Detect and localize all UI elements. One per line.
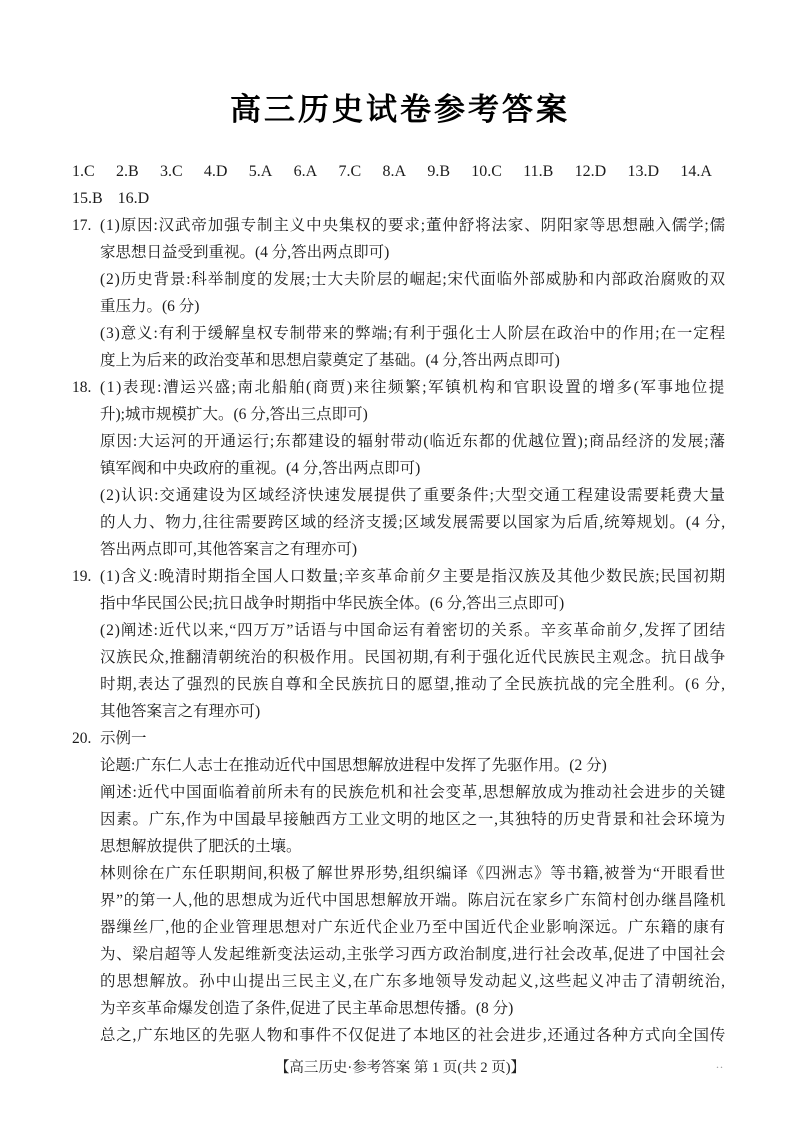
line-text-content: 镇军阀和中央政府的重视。(4 分,答出两点即可) <box>100 460 420 477</box>
question-number: 17. <box>72 212 91 239</box>
line-text-content: (1)表现:漕运兴盛;南北船舶(商贾)来往频繁;军镇机构和官职设置的增多(军事地… <box>100 379 726 396</box>
line-text: 阐述:近代中国面临着前所未有的民族危机和社会变革,思想解放成为推动社会进步的关键 <box>100 779 726 806</box>
line-text: (2)认识:交通建设为区域经济快速发展提供了重要条件;大型交通工程建设需要耗费大… <box>100 482 726 509</box>
line-text: 度上为后来的政治变革和思想启蒙奠定了基础。(4 分,答出两点即可) <box>100 347 726 374</box>
answer-text-line: 的思想解放。孙中山提出三民主义,在广东多地领导发动起义,这些起义冲击了清朝统治, <box>100 968 726 995</box>
line-text-content: (1)含义:晚清时期指全国人口数量;辛亥革命前夕主要是指汉族及其他少数民族;民国… <box>100 568 726 585</box>
line-text: 论题:广东仁人志士在推动近代中国思想解放进程中发挥了先驱作用。(2 分) <box>100 752 726 779</box>
line-text: (2)阐述:近代以来,“四万万”话语与中国命运有着密切的关系。辛亥革命前夕,发挥… <box>100 617 726 644</box>
line-text-content: 示例一 <box>100 730 147 747</box>
answer-text-line: 为、梁启超等人发起维新变法运动,主张学习西方政治制度,进行社会改革,促进了中国社… <box>100 941 726 968</box>
answer-item: 10.C <box>471 158 502 185</box>
scan-artifact-mark: .. <box>716 1057 724 1072</box>
answer-text-line: (3)意义:有利于缓解皇权专制带来的弊端;有利于强化士人阶层在政治中的作用;在一… <box>100 320 726 347</box>
line-text-content: 重压力。(6 分) <box>100 298 199 315</box>
line-text-content: 为辛亥革命爆发创造了条件,促进了民主革命思想传播。(8 分) <box>100 1000 513 1017</box>
line-text-content: (2)认识:交通建设为区域经济快速发展提供了重要条件;大型交通工程建设需要耗费大… <box>100 487 726 504</box>
line-text-content: (3)意义:有利于缓解皇权专制带来的弊端;有利于强化士人阶层在政治中的作用;在一… <box>100 325 726 342</box>
answer-text-line: 其他答案言之有理亦可) <box>100 698 726 725</box>
answer-text-line: 的人力、物力,往往需要跨区域的经济支援;区域发展需要以国家为后盾,统筹规划。(4… <box>100 509 726 536</box>
answer-item: 14.A <box>680 158 712 185</box>
answer-row: 1.C2.B3.C4.D5.A6.A7.C8.A9.B10.C11.B12.D1… <box>72 158 712 185</box>
line-text-content: 林则徐在广东任职期间,积极了解世界形势,组织编译《四洲志》等书籍,被誉为“开眼看… <box>100 865 726 882</box>
answer-text-line: 界”的第一人,他的思想成为近代中国思想解放开端。陈启沅在家乡广东简村创办继昌隆机 <box>100 887 726 914</box>
objective-answers: 1.C2.B3.C4.D5.A6.A7.C8.A9.B10.C11.B12.D1… <box>0 158 800 212</box>
answer-text-line: 镇军阀和中央政府的重视。(4 分,答出两点即可) <box>100 455 726 482</box>
line-text-content: 其他答案言之有理亦可) <box>100 703 260 720</box>
line-text-content: 升);城市规模扩大。(6 分,答出三点即可) <box>100 406 368 423</box>
document-body: 1.C2.B3.C4.D5.A6.A7.C8.A9.B10.C11.B12.D1… <box>0 158 800 1049</box>
line-text: 示例一 <box>100 725 726 752</box>
answer-text-line: 度上为后来的政治变革和思想启蒙奠定了基础。(4 分,答出两点即可) <box>100 347 726 374</box>
answer-text-line: (2)历史背景:科举制度的发展;士大夫阶层的崛起;宋代面临外部威胁和内部政治腐败… <box>100 266 726 293</box>
line-text-content: 时期,表达了强烈的民族自尊和全民族抗日的愿望,推动了全民族抗战的完全胜利。(6 … <box>100 676 726 693</box>
answer-item: 13.D <box>627 158 659 185</box>
answer-text-line: 原因:大运河的开通运行;东都建设的辐射带动(临近东都的优越位置);商品经济的发展… <box>100 428 726 455</box>
line-text: 总之,广东地区的先驱人物和事件不仅促进了本地区的社会进步,还通过各种方式向全国传 <box>100 1022 726 1049</box>
line-text-content: 论题:广东仁人志士在推动近代中国思想解放进程中发挥了先驱作用。(2 分) <box>100 757 607 774</box>
answer-item: 5.A <box>249 158 273 185</box>
answer-text-line: 思想解放提供了肥沃的土壤。 <box>100 833 726 860</box>
answer-item: 16.D <box>118 185 150 212</box>
line-text: 答出两点即可,其他答案言之有理亦可) <box>100 536 726 563</box>
line-text: (1)表现:漕运兴盛;南北船舶(商贾)来往频繁;军镇机构和官职设置的增多(军事地… <box>100 374 726 401</box>
question-start-line: 20.示例一 <box>100 725 726 752</box>
line-text: 的思想解放。孙中山提出三民主义,在广东多地领导发动起义,这些起义冲击了清朝统治, <box>100 968 726 995</box>
answer-item: 7.C <box>338 158 361 185</box>
line-text: (3)意义:有利于缓解皇权专制带来的弊端;有利于强化士人阶层在政治中的作用;在一… <box>100 320 726 347</box>
answer-text-line: 答出两点即可,其他答案言之有理亦可) <box>100 536 726 563</box>
line-text: 汉族民众,推翻清朝统治的积极作用。民国初期,有利于强化近代民族民主观念。抗日战争 <box>100 644 726 671</box>
line-text-content: 汉族民众,推翻清朝统治的积极作用。民国初期,有利于强化近代民族民主观念。抗日战争 <box>100 649 726 666</box>
page-footer: 【高三历史·参考答案 第 1 页(共 2 页)】 <box>0 1056 800 1077</box>
answer-item: 15.B <box>72 185 103 212</box>
answer-text-line: 因素。广东,作为中国最早接触西方工业文明的地区之一,其独特的历史背景和社会环境为 <box>100 806 726 833</box>
line-text: (1)含义:晚清时期指全国人口数量;辛亥革命前夕主要是指汉族及其他少数民族;民国… <box>100 563 726 590</box>
line-text: 林则徐在广东任职期间,积极了解世界形势,组织编译《四洲志》等书籍,被誉为“开眼看… <box>100 860 726 887</box>
answer-item: 3.C <box>160 158 183 185</box>
line-text-content: (2)历史背景:科举制度的发展;士大夫阶层的崛起;宋代面临外部威胁和内部政治腐败… <box>100 271 726 288</box>
line-text: 为、梁启超等人发起维新变法运动,主张学习西方政治制度,进行社会改革,促进了中国社… <box>100 941 726 968</box>
answer-text-line: 阐述:近代中国面临着前所未有的民族危机和社会变革,思想解放成为推动社会进步的关键 <box>100 779 726 806</box>
line-text-content: 原因:大运河的开通运行;东都建设的辐射带动(临近东都的优越位置);商品经济的发展… <box>100 433 726 450</box>
question-start-line: 18.(1)表现:漕运兴盛;南北船舶(商贾)来往频繁;军镇机构和官职设置的增多(… <box>100 374 726 401</box>
line-text: (1)原因:汉武帝加强专制主义中央集权的要求;董仲舒将法家、阴阳家等思想融入儒学… <box>100 212 726 239</box>
line-text-content: 度上为后来的政治变革和思想启蒙奠定了基础。(4 分,答出两点即可) <box>100 352 560 369</box>
answer-item: 4.D <box>204 158 228 185</box>
line-text: 界”的第一人,他的思想成为近代中国思想解放开端。陈启沅在家乡广东简村创办继昌隆机 <box>100 887 726 914</box>
line-text: 镇军阀和中央政府的重视。(4 分,答出两点即可) <box>100 455 726 482</box>
line-text: 其他答案言之有理亦可) <box>100 698 726 725</box>
answer-text-line: 时期,表达了强烈的民族自尊和全民族抗日的愿望,推动了全民族抗战的完全胜利。(6 … <box>100 671 726 698</box>
answer-text-line: 论题:广东仁人志士在推动近代中国思想解放进程中发挥了先驱作用。(2 分) <box>100 752 726 779</box>
line-text-content: 器缫丝厂,他的企业管理思想对广东近代企业乃至中国近代企业影响深远。广东籍的康有 <box>100 919 726 936</box>
answer-item: 2.B <box>116 158 139 185</box>
line-text-content: 思想解放提供了肥沃的土壤。 <box>100 838 302 855</box>
answer-text-line: 家思想日益受到重视。(4 分,答出两点即可) <box>100 239 726 266</box>
line-text-content: 的思想解放。孙中山提出三民主义,在广东多地领导发动起义,这些起义冲击了清朝统治, <box>100 973 726 990</box>
question-number: 18. <box>72 374 91 401</box>
answer-text-line: (2)认识:交通建设为区域经济快速发展提供了重要条件;大型交通工程建设需要耗费大… <box>100 482 726 509</box>
answer-lines: 17.(1)原因:汉武帝加强专制主义中央集权的要求;董仲舒将法家、阴阳家等思想融… <box>0 212 800 1049</box>
line-text: 原因:大运河的开通运行;东都建设的辐射带动(临近东都的优越位置);商品经济的发展… <box>100 428 726 455</box>
answer-text-line: 总之,广东地区的先驱人物和事件不仅促进了本地区的社会进步,还通过各种方式向全国传 <box>100 1022 726 1049</box>
answer-sheet-page: 高三历史试卷参考答案 1.C2.B3.C4.D5.A6.A7.C8.A9.B10… <box>0 0 800 1124</box>
line-text-content: 界”的第一人,他的思想成为近代中国思想解放开端。陈启沅在家乡广东简村创办继昌隆机 <box>100 892 726 909</box>
line-text: 家思想日益受到重视。(4 分,答出两点即可) <box>100 239 726 266</box>
line-text-content: 总之,广东地区的先驱人物和事件不仅促进了本地区的社会进步,还通过各种方式向全国传 <box>100 1027 726 1044</box>
answer-item: 8.A <box>382 158 406 185</box>
question-number: 20. <box>72 725 91 752</box>
answer-item: 9.B <box>427 158 450 185</box>
line-text-content: (2)阐述:近代以来,“四万万”话语与中国命运有着密切的关系。辛亥革命前夕,发挥… <box>100 622 726 639</box>
line-text: 因素。广东,作为中国最早接触西方工业文明的地区之一,其独特的历史背景和社会环境为 <box>100 806 726 833</box>
question-number: 19. <box>72 563 91 590</box>
line-text: 指中华民国公民;抗日战争时期指中华民族全体。(6 分,答出三点即可) <box>100 590 726 617</box>
line-text-content: 为、梁启超等人发起维新变法运动,主张学习西方政治制度,进行社会改革,促进了中国社… <box>100 946 726 963</box>
line-text: (2)历史背景:科举制度的发展;士大夫阶层的崛起;宋代面临外部威胁和内部政治腐败… <box>100 266 726 293</box>
answer-item: 11.B <box>523 158 553 185</box>
answer-row: 15.B16.D <box>72 185 712 212</box>
answer-item: 12.D <box>575 158 607 185</box>
line-text: 思想解放提供了肥沃的土壤。 <box>100 833 726 860</box>
answer-text-line: 器缫丝厂,他的企业管理思想对广东近代企业乃至中国近代企业影响深远。广东籍的康有 <box>100 914 726 941</box>
line-text: 时期,表达了强烈的民族自尊和全民族抗日的愿望,推动了全民族抗战的完全胜利。(6 … <box>100 671 726 698</box>
line-text-content: 指中华民国公民;抗日战争时期指中华民族全体。(6 分,答出三点即可) <box>100 595 564 612</box>
question-start-line: 17.(1)原因:汉武帝加强专制主义中央集权的要求;董仲舒将法家、阴阳家等思想融… <box>100 212 726 239</box>
answer-text-line: 汉族民众,推翻清朝统治的积极作用。民国初期,有利于强化近代民族民主观念。抗日战争 <box>100 644 726 671</box>
line-text: 重压力。(6 分) <box>100 293 726 320</box>
answer-text-line: (2)阐述:近代以来,“四万万”话语与中国命运有着密切的关系。辛亥革命前夕,发挥… <box>100 617 726 644</box>
line-text-content: 家思想日益受到重视。(4 分,答出两点即可) <box>100 244 389 261</box>
line-text: 器缫丝厂,他的企业管理思想对广东近代企业乃至中国近代企业影响深远。广东籍的康有 <box>100 914 726 941</box>
answer-text-line: 林则徐在广东任职期间,积极了解世界形势,组织编译《四洲志》等书籍,被誉为“开眼看… <box>100 860 726 887</box>
answer-text-line: 升);城市规模扩大。(6 分,答出三点即可) <box>100 401 726 428</box>
line-text-content: 阐述:近代中国面临着前所未有的民族危机和社会变革,思想解放成为推动社会进步的关键 <box>100 784 726 801</box>
line-text-content: 答出两点即可,其他答案言之有理亦可) <box>100 541 357 558</box>
line-text: 为辛亥革命爆发创造了条件,促进了民主革命思想传播。(8 分) <box>100 995 726 1022</box>
line-text: 的人力、物力,往往需要跨区域的经济支援;区域发展需要以国家为后盾,统筹规划。(4… <box>100 509 726 536</box>
line-text-content: 因素。广东,作为中国最早接触西方工业文明的地区之一,其独特的历史背景和社会环境为 <box>100 811 726 828</box>
line-text-content: (1)原因:汉武帝加强专制主义中央集权的要求;董仲舒将法家、阴阳家等思想融入儒学… <box>100 217 726 234</box>
answer-text-line: 重压力。(6 分) <box>100 293 726 320</box>
answer-text-line: 为辛亥革命爆发创造了条件,促进了民主革命思想传播。(8 分) <box>100 995 726 1022</box>
answer-text-line: 指中华民国公民;抗日战争时期指中华民族全体。(6 分,答出三点即可) <box>100 590 726 617</box>
line-text: 升);城市规模扩大。(6 分,答出三点即可) <box>100 401 726 428</box>
question-start-line: 19.(1)含义:晚清时期指全国人口数量;辛亥革命前夕主要是指汉族及其他少数民族… <box>100 563 726 590</box>
line-text-content: 的人力、物力,往往需要跨区域的经济支援;区域发展需要以国家为后盾,统筹规划。(4… <box>100 514 726 531</box>
answer-item: 1.C <box>72 158 95 185</box>
answer-item: 6.A <box>294 158 318 185</box>
document-title: 高三历史试卷参考答案 <box>0 84 800 129</box>
